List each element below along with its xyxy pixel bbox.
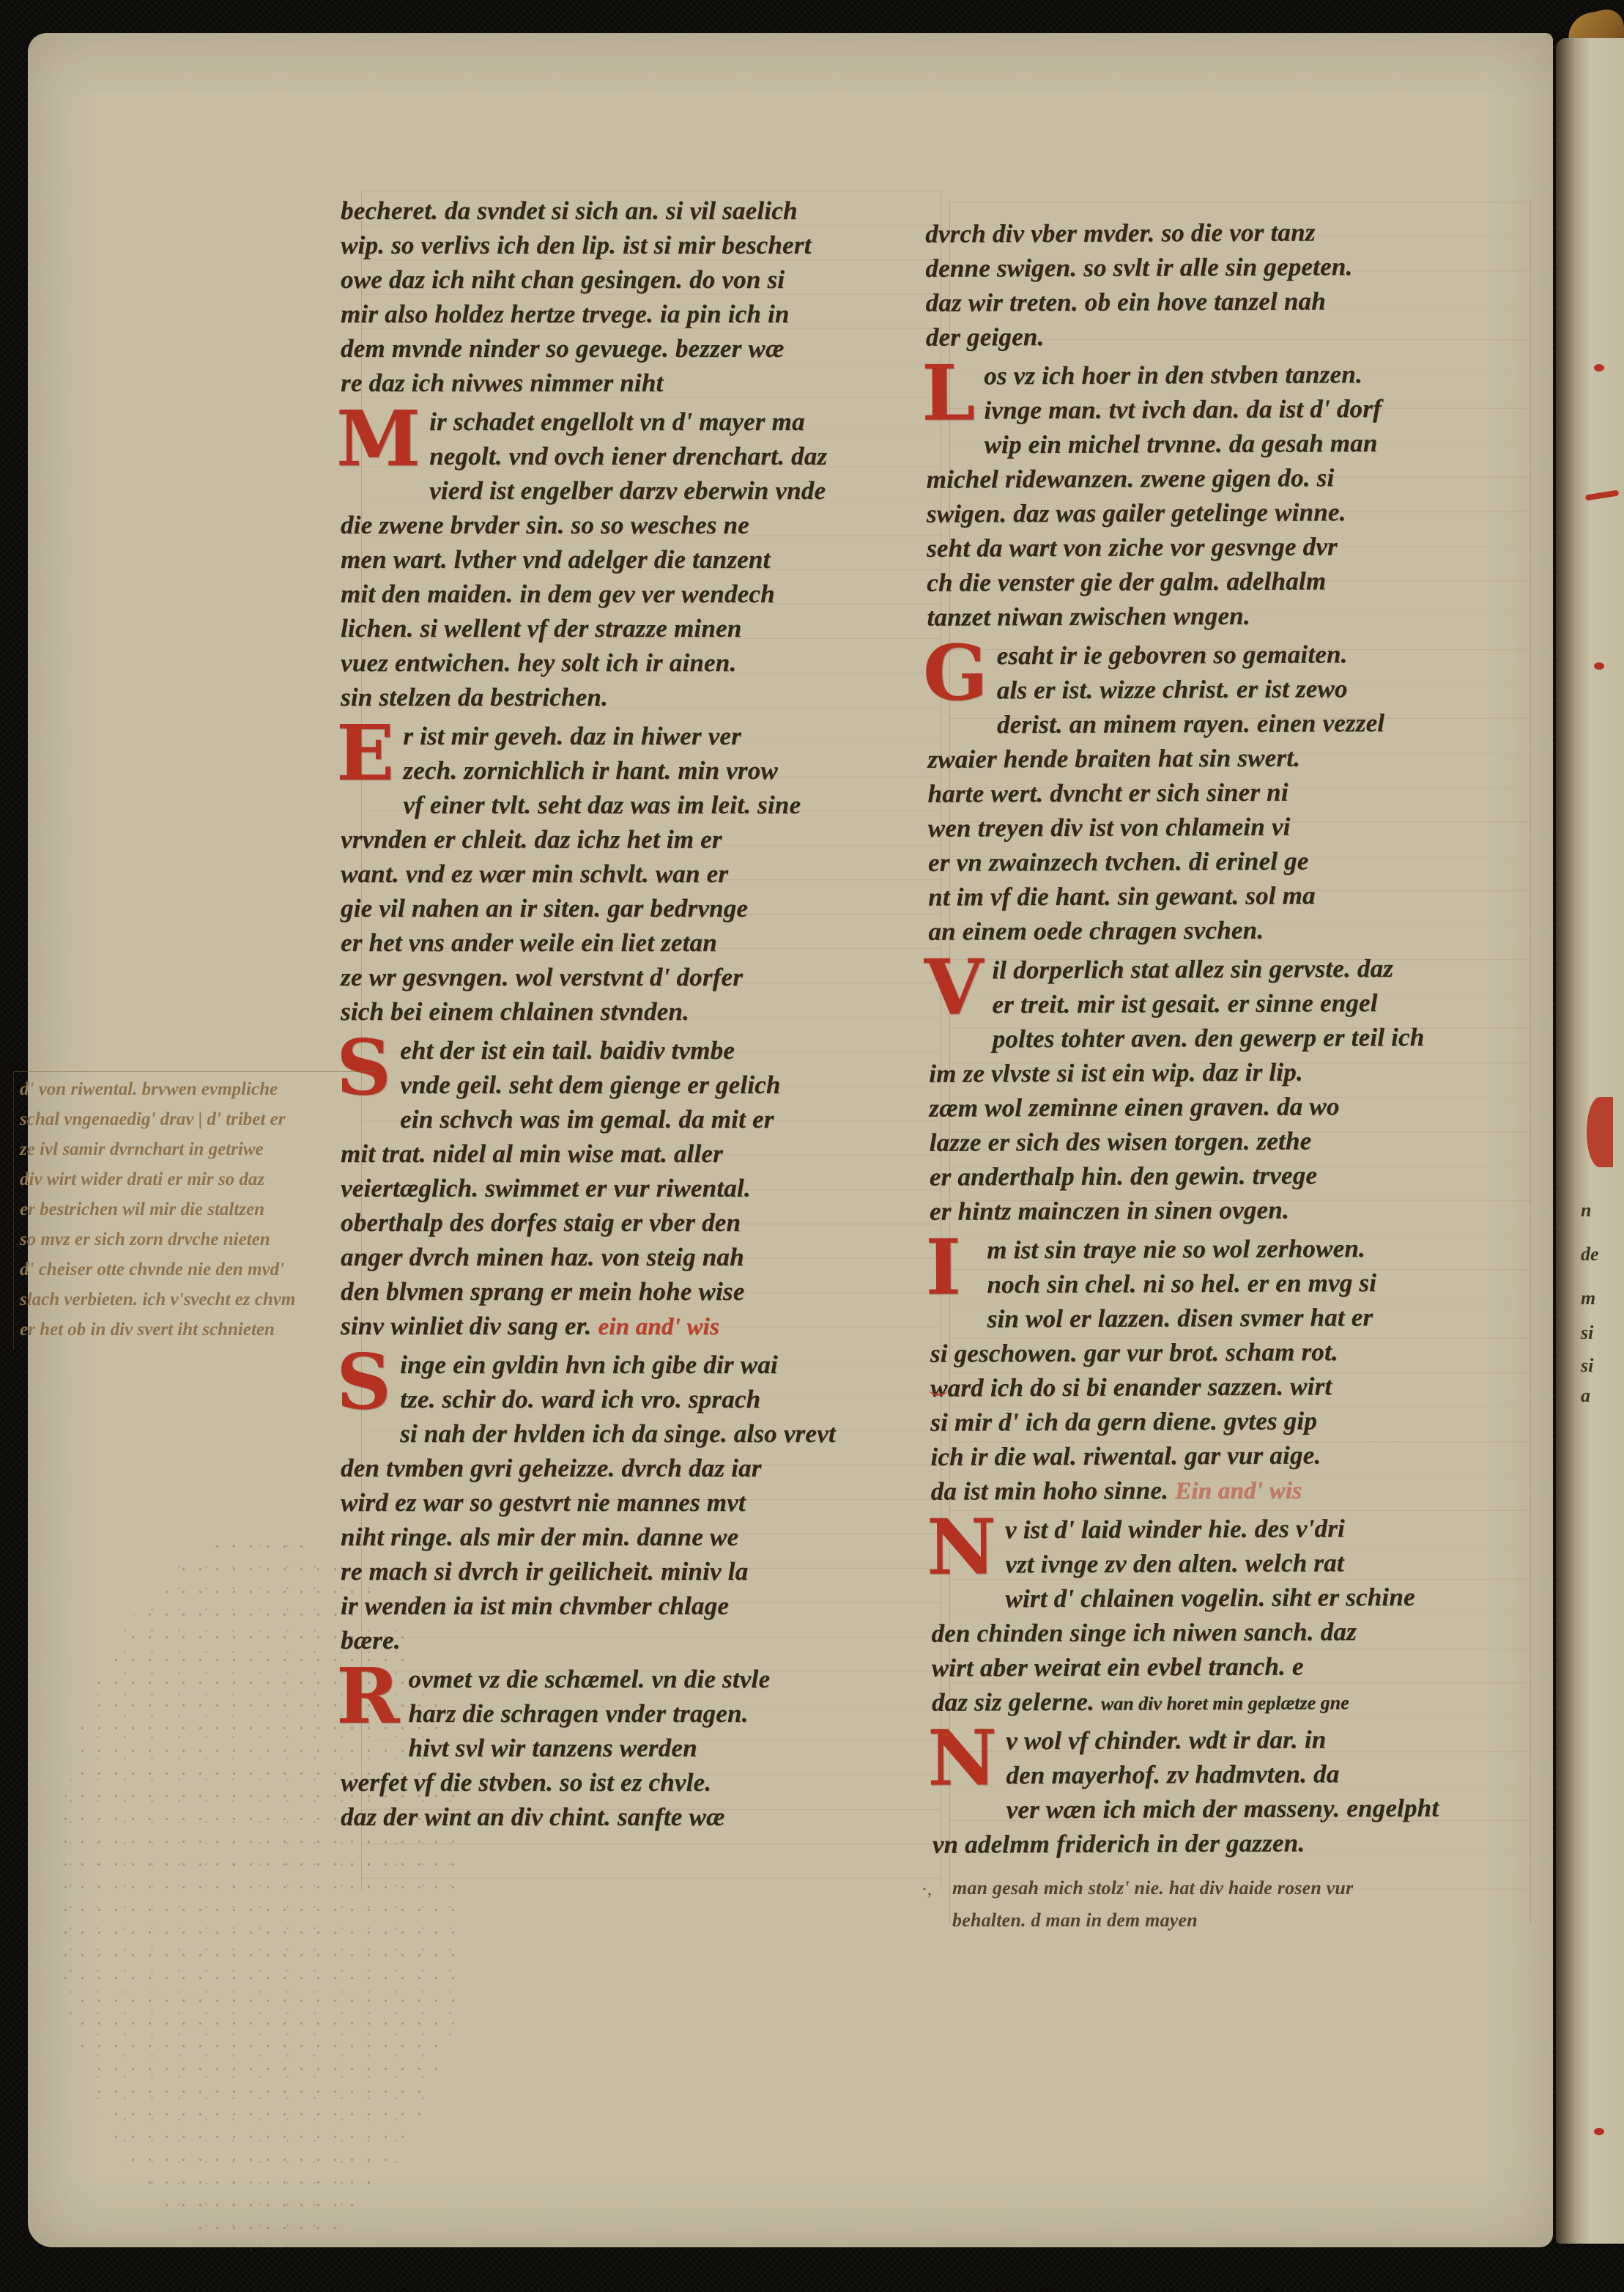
text-line: os vz ich hoer in den stvben tanzen. [926, 359, 1512, 396]
text-line: daz siz gelerne. wan div horet min geplæ… [932, 1685, 1518, 1722]
gloss-line: d' von riwental. brvwen evmpliche [20, 1079, 376, 1109]
text-line: den tvmben gvri geheizze. dvrch daz iar [341, 1454, 927, 1488]
text-line: michel ridewanzen. zwene gigen do. si [927, 462, 1513, 499]
text-line: er hintz mainczen in sinen ovgen. [930, 1194, 1516, 1231]
peeking-text-fragment: de [1581, 1243, 1599, 1265]
gloss-line: schal vngenaedig' drav | d' tribet er [20, 1109, 376, 1139]
gloss-line: er bestrichen wil mir die staltzen [20, 1199, 376, 1230]
text-line: vierd ist engelber darzv eberwin vnde [341, 476, 927, 511]
text-line: ver wæn ich mich der masseny. engelpht [932, 1793, 1518, 1830]
text-line: bære. [341, 1626, 927, 1660]
text-line: zwaier hende braiten hat sin swert. [927, 742, 1513, 779]
peeking-text-fragment: m [1581, 1287, 1595, 1309]
red-ink-mark [1594, 364, 1604, 371]
red-pen-flourish [929, 1383, 948, 1396]
text-line: wird ez war so gestvrt nie mannes mvt [341, 1488, 927, 1523]
stanza: becheret. da svndet si sich an. si vil s… [341, 196, 927, 403]
text-line: dvrch div vber mvder. so die vor tanz [925, 217, 1511, 254]
stanza: Singe ein gvldin hvn ich gibe dir waitze… [341, 1350, 927, 1660]
illuminated-initial: V [924, 957, 983, 1026]
text-line: zæm wol zeminne einen graven. da wo [929, 1091, 1515, 1128]
text-line: wip. so verlivs ich den lip. ist si mir … [341, 231, 927, 265]
text-line: den mayerhof. zv hadmvten. da [932, 1759, 1518, 1795]
red-ink-mark [1585, 489, 1620, 500]
text-line: im ze vlvste si ist ein wip. daz ir lip. [929, 1057, 1515, 1093]
text-line: esaht ir ie gebovren so gemaiten. [927, 639, 1513, 676]
stanza: Seht der ist ein tail. baidiv tvmbevnde … [341, 1036, 927, 1346]
right-text-column: dvrch div vber mvder. so die vor tanzden… [925, 217, 1519, 1868]
text-line: want. vnd ez wær min schvlt. wan er [341, 859, 927, 894]
text-line: men wart. lvther vnd adelger die tanzent [341, 545, 927, 580]
text-line: oberthalp des dorfes staig er vber den [341, 1208, 927, 1243]
text-line: becheret. da svndet si sich an. si vil s… [341, 196, 927, 231]
text-line: si mir d' ich da gern diene. gvtes gip [930, 1405, 1516, 1442]
text-line: mit den maiden. in dem gev ver wendech [341, 580, 927, 614]
text-line: nt im vf die hant. sin gewant. sol ma [928, 880, 1514, 917]
text-line: den chinden singe ich niwen sanch. daz [931, 1616, 1517, 1653]
text-line: er het vns ander weile ein liet zetan [341, 928, 927, 963]
text-line: er anderthalp hin. den gewin. trvege [930, 1160, 1516, 1197]
text-line: v ist d' laid winder hie. des v'dri [931, 1513, 1517, 1550]
text-line: den blvmen sprang er mein hohe wise [341, 1277, 927, 1312]
text-line: dem mvnde ninder so gevuege. bezzer wæ [341, 334, 927, 369]
illuminated-initial: R [336, 1666, 399, 1735]
text-line: re mach si dvrch ir geilicheit. miniv la [341, 1557, 927, 1592]
footnote-marker: ·, [922, 1880, 932, 1900]
illuminated-initial: E [336, 723, 394, 792]
text-line: ir wenden ia ist min chvmber chlage [341, 1592, 927, 1626]
text-line: mir also holdez hertze trvege. ia pin ic… [341, 300, 927, 334]
stanza: Los vz ich hoer in den stvben tanzen.ivn… [926, 359, 1513, 637]
text-line: vzt ivnge zv den alten. welch rat [931, 1548, 1517, 1584]
rubric-heading: ein and' wis [598, 1314, 719, 1340]
text-line: vn adelmm friderich in der gazzen. [932, 1827, 1519, 1864]
footnote-line: man gesah mich stolz' nie. hat div haide… [952, 1877, 1568, 1910]
text-line: vuez entwichen. hey solt ich ir ainen. [341, 648, 927, 683]
text-line: daz der wint an div chint. sanfte wæ [341, 1803, 927, 1837]
text-line: wirt aber weirat ein evbel tranch. e [932, 1651, 1518, 1687]
footnote: ·, man gesah mich stolz' nie. hat div ha… [952, 1877, 1568, 1942]
text-line: werfet vf die stvben. so ist ez chvle. [341, 1768, 927, 1803]
gloss-line: ze ivl samir dvrnchart in getriwe [20, 1139, 376, 1169]
illuminated-initial: N [927, 1728, 997, 1797]
gloss-line: er het ob in div svert iht schnieten [20, 1320, 376, 1350]
text-line: harz die schragen vnder tragen. [341, 1699, 927, 1734]
text-line: niht ringe. als mir der min. danne we [341, 1523, 927, 1557]
text-line: re daz ich nivwes nimmer niht [341, 369, 927, 403]
text-line: poltes tohter aven. den gewerp er teil i… [929, 1022, 1515, 1059]
peeking-text-fragment: si [1581, 1322, 1593, 1344]
illuminated-initial: M [336, 409, 420, 478]
text-line: wen treyen div ist von chlamein vi [928, 811, 1514, 848]
next-page-edge: ndemsisia [1556, 38, 1624, 2244]
text-line: ein schvch was im gemal. da mit er [341, 1105, 927, 1139]
text-line: wip ein michel trvnne. da gesah man [926, 428, 1512, 465]
text-line: harte wert. dvncht er sich siner ni [927, 777, 1513, 813]
rubric-heading: Ein and' wis [1175, 1478, 1302, 1505]
text-line: tanzet niwan zwischen wngen. [927, 600, 1513, 637]
text-line: lichen. si wellent vf der strazze minen [341, 614, 927, 648]
text-line: denne swigen. so svlt ir alle sin gepete… [925, 251, 1511, 288]
stanza: Rovmet vz die schæmel. vn die stvleharz … [341, 1665, 927, 1837]
illuminated-initial: N [927, 1517, 996, 1586]
text-line: owe daz ich niht chan gesingen. do von s… [341, 265, 927, 300]
illuminated-initial: L [922, 363, 976, 432]
text-line: hivt svl wir tanzens werden [341, 1734, 927, 1768]
red-ink-mark [1587, 1097, 1613, 1167]
text-line: anger dvrch minen haz. von steig nah [341, 1243, 927, 1277]
text-line: zech. zornichlich ir hant. min vrow [341, 756, 927, 791]
text-line: vrvnden er chleit. daz ichz het im er [341, 825, 927, 859]
peeking-text-fragment: si [1581, 1355, 1593, 1377]
left-text-column: becheret. da svndet si sich an. si vil s… [341, 196, 927, 1841]
stanza: Nv ist d' laid winder hie. des v'drivzt … [931, 1513, 1518, 1722]
footnote-line: behalten. d man in dem mayen [952, 1910, 1568, 1942]
text-line: lazze er sich des wisen torgen. zethe [930, 1125, 1516, 1162]
gloss-line: so mvz er sich zorn drvche nieten [20, 1230, 376, 1260]
text-line: vf einer tvlt. seht daz was im leit. sin… [341, 791, 927, 825]
stanza: Mir schadet engellolt vn d' mayer manego… [341, 407, 927, 717]
text-line: ovmet vz die schæmel. vn die stvle [341, 1665, 927, 1699]
peeking-text-fragment: n [1581, 1199, 1591, 1221]
gloss-line: d' cheiser otte chvnde nie den mvd' [20, 1260, 376, 1290]
text-line: daz wir treten. ob ein hove tanzel nah [926, 286, 1512, 322]
text-line: r ist mir geveh. daz in hiwer ver [341, 722, 927, 756]
text-line: sin stelzen da bestrichen. [341, 683, 927, 717]
text-line: swigen. daz was gailer getelinge winne. [927, 497, 1513, 533]
text-line: derist. an minem rayen. einen vezzel [927, 708, 1513, 744]
text-line: vnde geil. seht dem gienge er gelich [341, 1071, 927, 1105]
stanza: Gesaht ir ie gebovren so gemaiten.als er… [927, 639, 1515, 951]
text-line: er vn zwainzech tvchen. di erinel ge [928, 846, 1514, 882]
illuminated-initial: S [336, 1352, 391, 1421]
illuminated-initial: G [923, 643, 988, 711]
text-line: gie vil nahen an ir siten. gar bedrvnge [341, 894, 927, 928]
manuscript-photo: { "document": { "kind": "medieval manusc… [0, 0, 1624, 2292]
text-line: als er ist. wizze christ. er ist zewo [927, 673, 1513, 710]
text-line: der geigen. [926, 320, 1512, 357]
text-line: m ist sin traye nie so wol zerhowen. [930, 1233, 1516, 1270]
text-line: veiertæglich. swimmet er vur riwental. [341, 1174, 927, 1208]
stanza: dvrch div vber mvder. so die vor tanzden… [925, 217, 1512, 357]
text-line: noch sin chel. ni so hel. er en mvg si [930, 1268, 1516, 1304]
gloss-line: slach verbieten. ich v'svecht ez chvm [20, 1290, 376, 1320]
text-line: ivnge man. tvt ivch dan. da ist d' dorf [926, 393, 1512, 430]
text-line: si geschowen. gar vur brot. scham rot. [930, 1337, 1516, 1373]
text-line: negolt. vnd ovch iener drenchart. daz [341, 442, 927, 476]
stanza: Im ist sin traye nie so wol zerhowen.noc… [930, 1233, 1517, 1511]
text-line: wirt d' chlainen vogelin. siht er schine [931, 1582, 1517, 1619]
text-line: sin wol er lazzen. disen svmer hat er [930, 1302, 1516, 1339]
peeking-text-fragment: a [1581, 1385, 1590, 1407]
text-line: mit trat. nidel al min wise mat. aller [341, 1139, 927, 1174]
illuminated-initial: I [925, 1237, 978, 1306]
marginal-gloss: d' von riwental. brvwen evmplicheschal v… [13, 1071, 376, 1350]
gloss-line: div wirt wider drati er mir so daz [20, 1169, 376, 1199]
text-line: sinv winliet div sang er. ein and' wis [341, 1312, 927, 1346]
text-line: inge ein gvldin hvn ich gibe dir wai [341, 1350, 927, 1385]
text-line: seht da wart von ziche vor gesvnge dvr [927, 531, 1513, 568]
text-line: die zwene brvder sin. so so wesches ne [341, 511, 927, 545]
text-line: sich bei einem chlainen stvnden. [341, 997, 927, 1032]
text-line: da ist min hoho sinne. Ein and' wis [931, 1474, 1517, 1511]
text-line: tze. schir do. ward ich vro. sprach [341, 1385, 927, 1419]
stanza: Vil dorperlich stat allez sin gervste. d… [928, 953, 1516, 1231]
red-ink-mark [1594, 2128, 1604, 2135]
red-ink-mark [1594, 662, 1604, 670]
text-line: ch die venster gie der galm. adelhalm [927, 566, 1513, 602]
text-line: si nah der hvlden ich da singe. also vre… [341, 1419, 927, 1454]
text-line: ze wr gesvngen. wol verstvnt d' dorfer [341, 963, 927, 997]
text-line: eht der ist ein tail. baidiv tvmbe [341, 1036, 927, 1071]
text-line: v wol vf chinder. wdt ir dar. in [932, 1724, 1518, 1761]
text-line: er treit. mir ist gesait. er sinne engel [929, 988, 1515, 1024]
stanza: Nv wol vf chinder. wdt ir dar. inden may… [932, 1724, 1519, 1864]
interlinear-addition: wan div horet min geplætze gne [1101, 1692, 1349, 1714]
text-line: ich ir die wal. riwental. gar vur aige. [930, 1440, 1516, 1476]
text-line: ward ich do si bi enander sazzen. wirt [930, 1371, 1516, 1408]
stanza: Er ist mir geveh. daz in hiwer verzech. … [341, 722, 927, 1032]
text-line: il dorperlich stat allez sin gervste. da… [928, 953, 1514, 990]
text-line: ir schadet engellolt vn d' mayer ma [341, 407, 927, 442]
text-line: an einem oede chragen svchen. [928, 914, 1514, 951]
